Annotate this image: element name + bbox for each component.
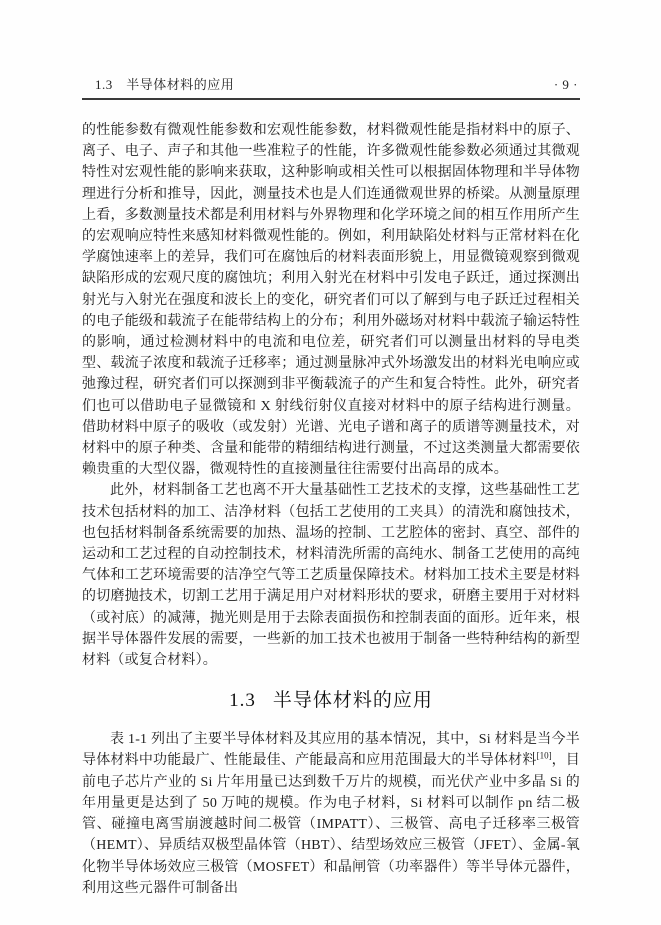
page-number: · 9 · xyxy=(554,77,580,93)
paragraph-text-before-citation: 表 1-1 列出了主要半导体材料及其应用的基本情况，其中，Si 材料是当今半导体… xyxy=(82,732,580,768)
book-page: 1.3 半导体材料的应用 · 9 · 的性能参数有微观性能参数和宏观性能参数，材… xyxy=(0,0,661,925)
paragraph-performance-measurement: 的性能参数有微观性能参数和宏观性能参数，材料微观性能是指材料中的原子、离子、电子… xyxy=(82,120,580,480)
header-rule xyxy=(82,98,580,100)
paragraph-si-applications: 表 1-1 列出了主要半导体材料及其应用的基本情况，其中，Si 材料是当今半导体… xyxy=(82,729,580,899)
paragraph-text-after-citation: ，目前电子芯片产业的 Si 片年用量已达到数千万片的规模，而光伏产业中多晶 Si… xyxy=(82,753,580,895)
page-body: 的性能参数有微观性能参数和宏观性能参数，材料微观性能是指材料中的原子、离子、电子… xyxy=(82,120,580,899)
section-title: 半导体材料的应用 xyxy=(273,690,433,711)
section-number: 1.3 xyxy=(229,690,256,711)
section-heading: 1.3半导体材料的应用 xyxy=(82,685,580,712)
running-head-section: 1.3 半导体材料的应用 xyxy=(82,74,234,93)
paragraph-fabrication-processes: 此外，材料制备工艺也离不开大量基础性工艺技术的支撑，这些基础性工艺技术包括材料的… xyxy=(82,480,580,671)
page-header: 1.3 半导体材料的应用 · 9 · xyxy=(82,74,580,93)
citation-ref: [10] xyxy=(537,751,552,761)
